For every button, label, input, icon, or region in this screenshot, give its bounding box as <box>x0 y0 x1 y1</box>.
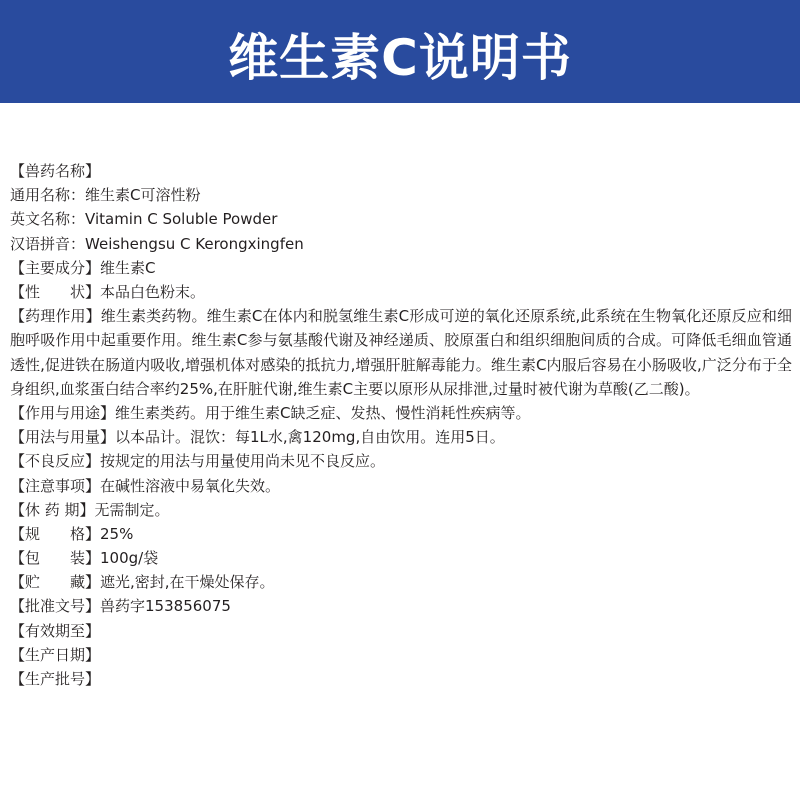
section-adverse-reactions: 【不良反应】按规定的用法与用量使用尚未见不良反应。 <box>10 449 792 473</box>
section-value: 遮光,密封,在干燥处保存。 <box>100 573 275 591</box>
section-label: 【规 格】 <box>10 525 100 543</box>
section-pinyin: 汉语拼音：Weishengsu C Kerongxingfen <box>10 232 792 256</box>
section-vet-drug-name: 【兽药名称】 <box>10 159 792 183</box>
section-value: 无需制定。 <box>95 501 170 519</box>
section-label: 【生产批号】 <box>10 670 100 688</box>
section-specification: 【规 格】25% <box>10 522 792 546</box>
section-label: 【用法与用量】 <box>10 428 115 446</box>
section-approval-number: 【批准文号】兽药字153856075 <box>10 594 792 618</box>
section-label: 汉语拼音： <box>10 235 85 253</box>
page-title: 维生素C说明书 <box>228 18 572 90</box>
section-value: 本品白色粉末。 <box>100 283 205 301</box>
section-precautions: 【注意事项】在碱性溶液中易氧化失效。 <box>10 474 792 498</box>
section-label: 通用名称： <box>10 186 85 204</box>
section-value: 以本品计。混饮：每1L水,禽120mg,自由饮用。连用5日。 <box>115 428 505 446</box>
section-storage: 【贮 藏】遮光,密封,在干燥处保存。 <box>10 570 792 594</box>
section-pharmacology: 【药理作用】维生素类药物。维生素C在体内和脱氢维生素C形成可逆的氧化还原系统,此… <box>10 304 792 401</box>
section-label: 英文名称： <box>10 210 85 228</box>
section-label: 【批准文号】 <box>10 597 100 615</box>
section-main-ingredient: 【主要成分】维生素C <box>10 256 792 280</box>
section-value: 维生素类药。用于维生素C缺乏症、发热、慢性消耗性疾病等。 <box>115 404 530 422</box>
header-banner: 维生素C说明书 <box>0 0 800 103</box>
section-label: 【不良反应】 <box>10 452 100 470</box>
section-packaging: 【包 装】100g/袋 <box>10 546 792 570</box>
section-label: 【兽药名称】 <box>10 162 100 180</box>
section-value: 25% <box>100 525 133 543</box>
section-dosage: 【用法与用量】以本品计。混饮：每1L水,禽120mg,自由饮用。连用5日。 <box>10 425 792 449</box>
section-label: 【休 药 期】 <box>10 501 95 519</box>
section-value: 按规定的用法与用量使用尚未见不良反应。 <box>100 452 385 470</box>
section-indications: 【作用与用途】维生素类药。用于维生素C缺乏症、发热、慢性消耗性疾病等。 <box>10 401 792 425</box>
section-label: 【药理作用】 <box>10 307 101 325</box>
section-label: 【性 状】 <box>10 283 100 301</box>
section-label: 【包 装】 <box>10 549 100 567</box>
section-label: 【生产日期】 <box>10 646 100 664</box>
section-value: 兽药字153856075 <box>100 597 231 615</box>
section-batch-number: 【生产批号】 <box>10 667 792 691</box>
section-withdrawal-period: 【休 药 期】无需制定。 <box>10 498 792 522</box>
section-label: 【有效期至】 <box>10 622 100 640</box>
section-english-name: 英文名称：Vitamin C Soluble Powder <box>10 207 792 231</box>
section-value: 维生素C <box>100 259 155 277</box>
section-label: 【主要成分】 <box>10 259 100 277</box>
section-generic-name: 通用名称：维生素C可溶性粉 <box>10 183 792 207</box>
section-appearance: 【性 状】本品白色粉末。 <box>10 280 792 304</box>
instructions-document: 【兽药名称】 通用名称：维生素C可溶性粉 英文名称：Vitamin C Solu… <box>10 159 792 691</box>
section-expiry-date: 【有效期至】 <box>10 619 792 643</box>
section-value: 100g/袋 <box>100 549 158 567</box>
section-production-date: 【生产日期】 <box>10 643 792 667</box>
section-value: 维生素类药物。维生素C在体内和脱氢维生素C形成可逆的氧化还原系统,此系统在生物氧… <box>10 307 792 398</box>
section-value: Weishengsu C Kerongxingfen <box>85 235 304 253</box>
section-label: 【注意事项】 <box>10 477 100 495</box>
section-label: 【贮 藏】 <box>10 573 100 591</box>
section-value: 维生素C可溶性粉 <box>85 186 200 204</box>
section-label: 【作用与用途】 <box>10 404 115 422</box>
section-value: 在碱性溶液中易氧化失效。 <box>100 477 280 495</box>
section-value: Vitamin C Soluble Powder <box>85 210 277 228</box>
